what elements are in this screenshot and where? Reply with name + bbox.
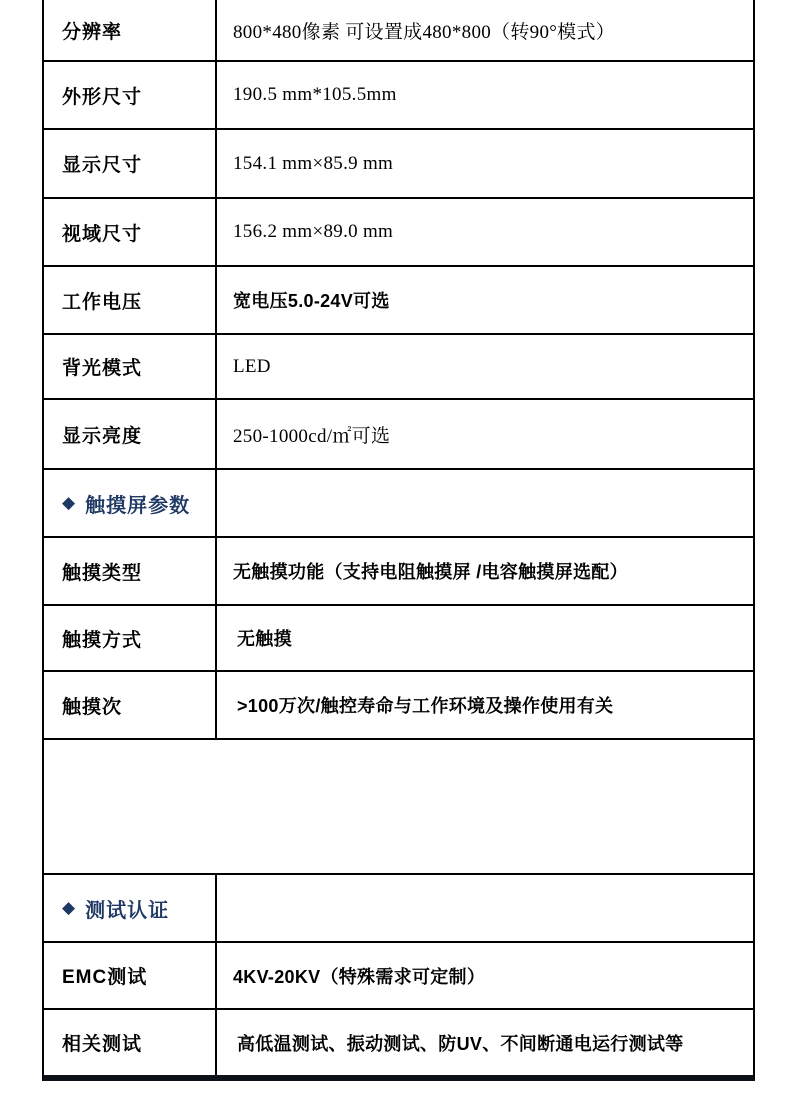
spec-value: 高低温测试、振动测试、防UV、不间断通电运行测试等 (217, 1010, 753, 1075)
spec-value: LED (217, 335, 753, 398)
spec-value (217, 470, 753, 536)
table-row-emc-test: EMC测试 4KV-20KV（特殊需求可定制） (44, 943, 753, 1010)
spec-value (217, 875, 753, 941)
table-row-touch-count: 触摸次 >100万次/触控寿命与工作环境及操作使用有关 (44, 672, 753, 740)
spec-value: >100万次/触控寿命与工作环境及操作使用有关 (217, 672, 753, 738)
spec-label: 相关测试 (44, 1010, 217, 1075)
section-header-label: ◆ 触摸屏参数 (44, 470, 217, 536)
spec-value: 无触摸 (217, 606, 753, 670)
spec-label: 显示尺寸 (44, 130, 217, 197)
empty-spacer-row (44, 740, 753, 875)
spec-label: 背光模式 (44, 335, 217, 398)
spec-value: 宽电压5.0-24V可选 (217, 267, 753, 333)
spec-value: 4KV-20KV（特殊需求可定制） (217, 943, 753, 1008)
table-row-backlight-mode: 背光模式 LED (44, 335, 753, 400)
spec-value: 190.5 mm*105.5mm (217, 62, 753, 128)
spec-label: 分辨率 (44, 0, 217, 60)
spec-table: 分辨率 800*480像素 可设置成480*800（转90°模式） 外形尺寸 1… (42, 0, 755, 1081)
section-header-touchscreen-params: ◆ 触摸屏参数 (44, 470, 753, 538)
table-row-brightness: 显示亮度 250-1000cd/㎡可选 (44, 400, 753, 470)
table-row-resolution: 分辨率 800*480像素 可设置成480*800（转90°模式） (44, 0, 753, 62)
spec-value: 156.2 mm×89.0 mm (217, 199, 753, 265)
table-row-touch-type: 触摸类型 无触摸功能（支持电阻触摸屏 /电容触摸屏选配） (44, 538, 753, 606)
section-header-label: ◆ 测试认证 (44, 875, 217, 941)
table-row-display-size: 显示尺寸 154.1 mm×85.9 mm (44, 130, 753, 199)
spec-label: 触摸方式 (44, 606, 217, 670)
section-title: 触摸屏参数 (85, 489, 190, 518)
spec-label: 视域尺寸 (44, 199, 217, 265)
spec-label: 触摸类型 (44, 538, 217, 604)
table-row-related-tests: 相关测试 高低温测试、振动测试、防UV、不间断通电运行测试等 (44, 1010, 753, 1075)
spec-label: EMC测试 (44, 943, 217, 1008)
empty-cell (44, 740, 753, 873)
spec-value: 154.1 mm×85.9 mm (217, 130, 753, 197)
table-row-viewing-area: 视域尺寸 156.2 mm×89.0 mm (44, 199, 753, 267)
spec-label: 工作电压 (44, 267, 217, 333)
spec-label: 外形尺寸 (44, 62, 217, 128)
table-row-working-voltage: 工作电压 宽电压5.0-24V可选 (44, 267, 753, 335)
spec-value: 250-1000cd/㎡可选 (217, 400, 753, 468)
spec-label: 触摸次 (44, 672, 217, 738)
spec-value: 800*480像素 可设置成480*800（转90°模式） (217, 0, 753, 60)
diamond-icon: ◆ (62, 898, 76, 918)
section-title: 测试认证 (85, 894, 169, 923)
section-header-test-certification: ◆ 测试认证 (44, 875, 753, 943)
spec-value: 无触摸功能（支持电阻触摸屏 /电容触摸屏选配） (217, 538, 753, 604)
table-row-outline-size: 外形尺寸 190.5 mm*105.5mm (44, 62, 753, 130)
spec-label: 显示亮度 (44, 400, 217, 468)
table-row-touch-method: 触摸方式 无触摸 (44, 606, 753, 672)
diamond-icon: ◆ (62, 493, 76, 513)
